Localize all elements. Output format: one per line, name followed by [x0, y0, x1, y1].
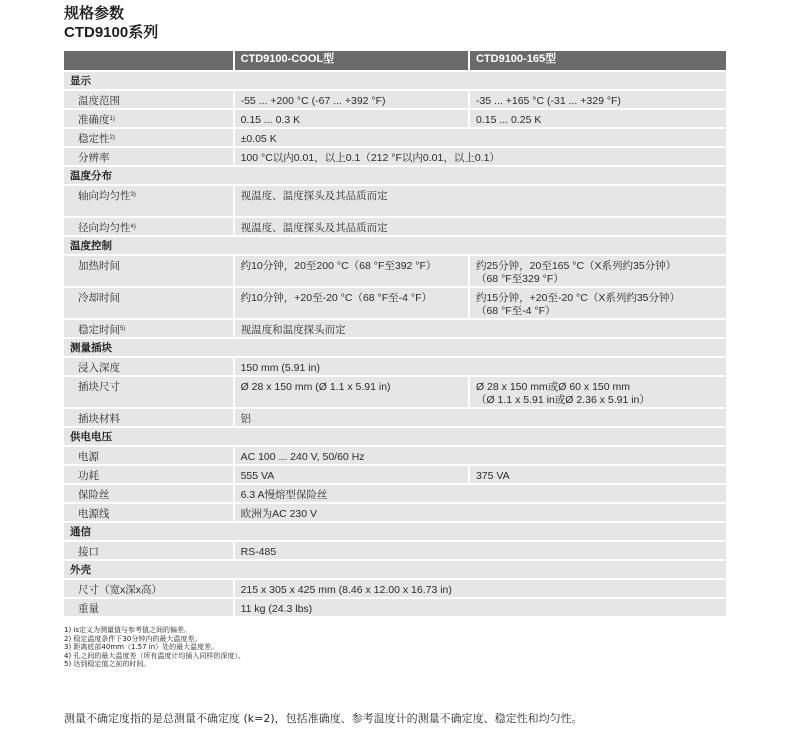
section-row-temp-distribution: 温度分布	[64, 167, 726, 186]
title-line-1: 规格参数	[64, 4, 158, 23]
table-row: 稳定性2) ±0.05 K	[64, 129, 726, 148]
table-row: 加热时间 约10分钟，20至200 °C（68 °F至392 °F） 约25分钟…	[64, 256, 726, 288]
table-row: 尺寸（宽x深x高） 215 x 305 x 425 mm (8.46 x 12.…	[64, 580, 726, 599]
footnote-3: 3) 距离底部40mm（1.57 in）处的最大温度差。	[64, 643, 245, 652]
table-row: 保险丝 6.3 A慢熔型保险丝	[64, 485, 726, 504]
table-row: 温度范围 -55 ... +200 °C (-67 ... +392 °F) -…	[64, 91, 726, 110]
footnote-1: 1) is定义为测量值与参考值之间的偏差。	[64, 626, 245, 635]
header-label-cell	[64, 51, 233, 72]
table-row: 电源线 欧洲为AC 230 V	[64, 504, 726, 523]
footnotes: 1) is定义为测量值与参考值之间的偏差。 2) 稳定温度条件下30分钟内的最大…	[64, 626, 245, 669]
section-row-display: 显示	[64, 72, 726, 91]
footnote-ref: 3)	[131, 192, 136, 198]
table-row: 稳定时间5) 视温度和温度探头而定	[64, 320, 726, 339]
spec-table: CTD9100-COOL型 CTD9100-165型 显示 温度范围 -55 .…	[64, 51, 726, 618]
table-row: 插块材料 铝	[64, 409, 726, 428]
footnote-2: 2) 稳定温度条件下30分钟内的最大温度差。	[64, 635, 245, 644]
footnote-ref: 4)	[131, 224, 136, 230]
table-row: 分辨率 100 °C以内0.01，以上0.1（212 °F以内0.01，以上0.…	[64, 148, 726, 167]
footnote-ref: 1)	[110, 116, 115, 122]
table-row: 冷却时间 约10分钟，+20至-20 °C（68 °F至-4 °F） 约15分钟…	[64, 288, 726, 320]
table-row: 接口 RS-485	[64, 542, 726, 561]
header-model-cool: CTD9100-COOL型	[233, 51, 468, 72]
footnote-4: 4) 孔之间的最大温度差（所有温度计均插入同样的深度）。	[64, 652, 245, 661]
table-row: 轴向均匀性3) 视温度、温度探头及其品质而定	[64, 186, 726, 218]
footnote-5: 5) 达到稳定值之前的时间。	[64, 660, 245, 669]
table-row: 电源 AC 100 ... 240 V, 50/60 Hz	[64, 447, 726, 466]
header-model-165: CTD9100-165型	[468, 51, 726, 72]
table-header-row: CTD9100-COOL型 CTD9100-165型	[64, 51, 726, 72]
footnote-ref: 2)	[110, 135, 115, 141]
section-row-communication: 通信	[64, 523, 726, 542]
section-row-power-supply: 供电电压	[64, 428, 726, 447]
table-row: 准确度1) 0.15 ... 0.3 K 0.15 ... 0.25 K	[64, 110, 726, 129]
footnote-ref: 5)	[120, 326, 125, 332]
uncertainty-note: 测量不确定度指的是总测量不确定度 (k=2)，包括准确度、参考温度计的测量不确定…	[64, 710, 583, 726]
table-row: 功耗 555 VA 375 VA	[64, 466, 726, 485]
table-row: 重量 11 kg (24.3 lbs)	[64, 599, 726, 618]
section-row-temp-control: 温度控制	[64, 237, 726, 256]
table-row: 插块尺寸 Ø 28 x 150 mm (Ø 1.1 x 5.91 in) Ø 2…	[64, 377, 726, 409]
table-row: 浸入深度 150 mm (5.91 in)	[64, 358, 726, 377]
section-row-case: 外壳	[64, 561, 726, 580]
section-row-measuring-block: 测量插块	[64, 339, 726, 358]
table-row: 径向均匀性4) 视温度、温度探头及其品质而定	[64, 218, 726, 237]
title-line-2: CTD9100系列	[64, 23, 158, 42]
page-title: 规格参数 CTD9100系列	[64, 4, 158, 42]
